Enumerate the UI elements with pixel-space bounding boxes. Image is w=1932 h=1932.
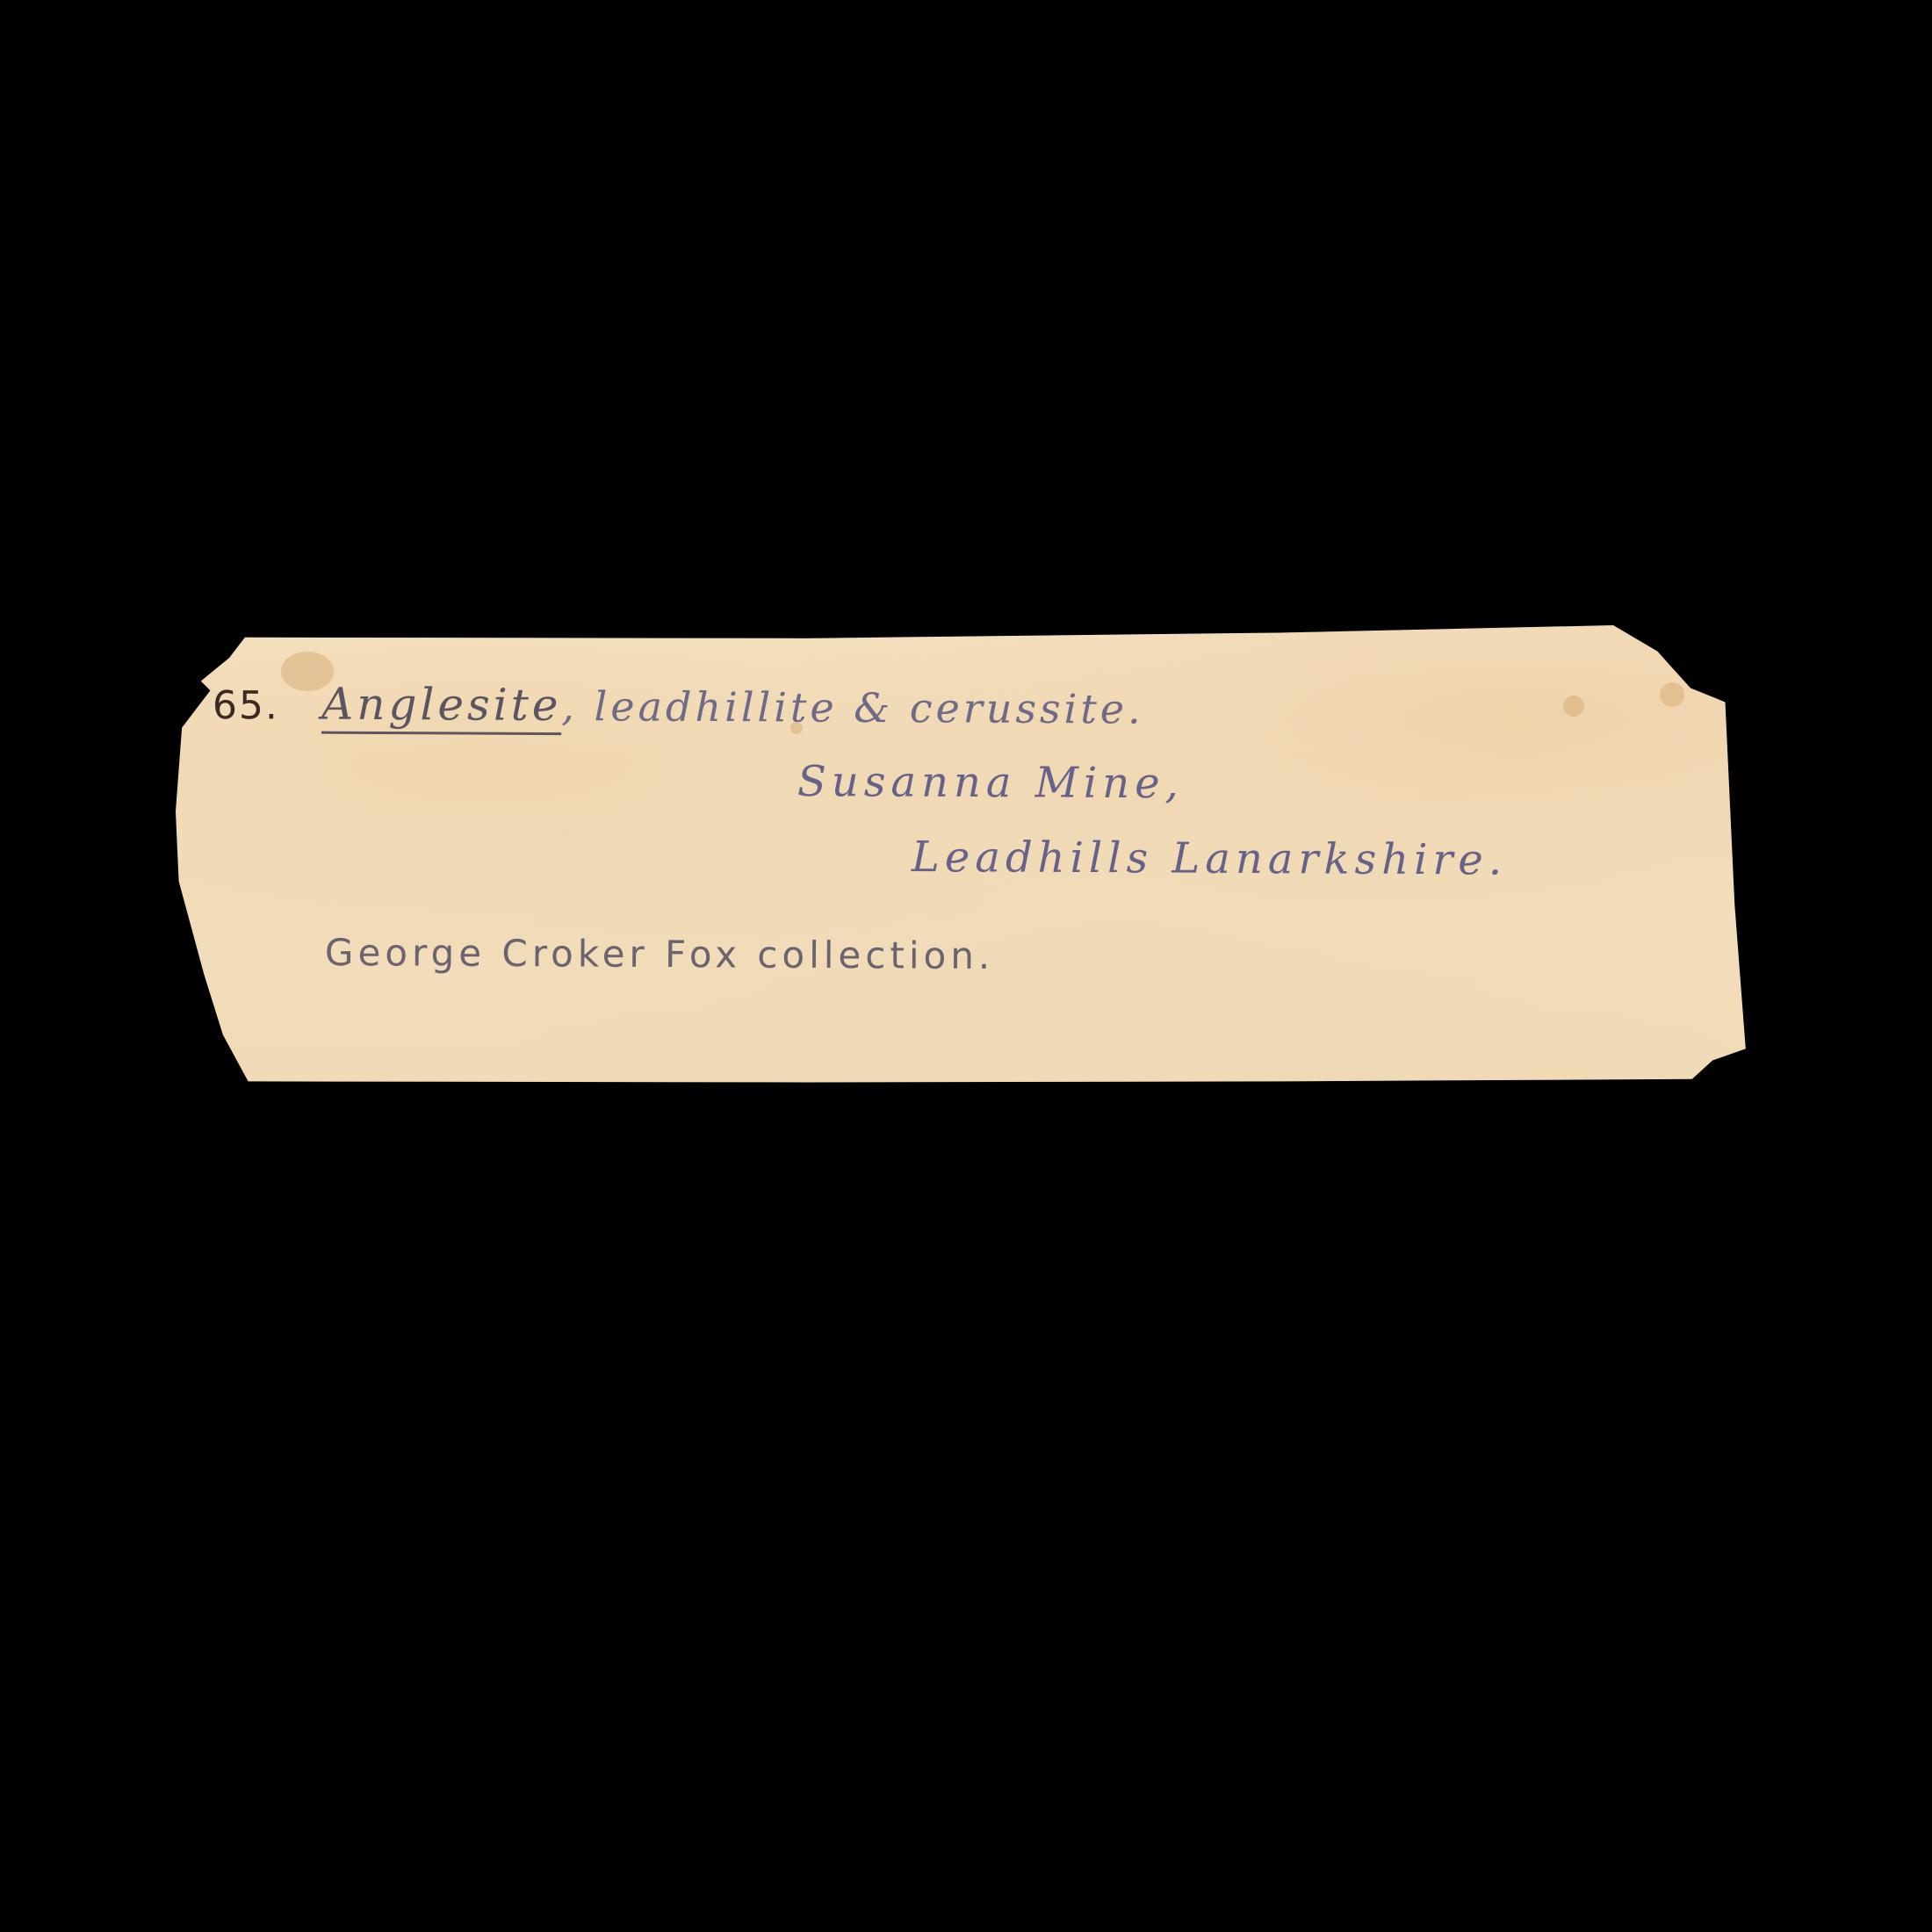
label-line-1: 65. Anglesite, leadhillite & cerussite. <box>213 678 1144 734</box>
specimen-label: 65. Anglesite, leadhillite & cerussite. … <box>176 625 1752 1091</box>
collection-name: George Croker Fox collection. <box>325 931 994 977</box>
specimen-number: 65. <box>213 683 279 728</box>
other-minerals: , leadhillite & cerussite. <box>561 682 1144 732</box>
locality-place: Leadhills Lanarkshire. <box>912 833 1507 885</box>
mine-name: Susanna Mine, <box>797 757 1184 808</box>
foxing-stain <box>1563 696 1584 717</box>
foxing-stain <box>1660 682 1684 707</box>
primary-mineral: Anglesite <box>321 679 562 731</box>
